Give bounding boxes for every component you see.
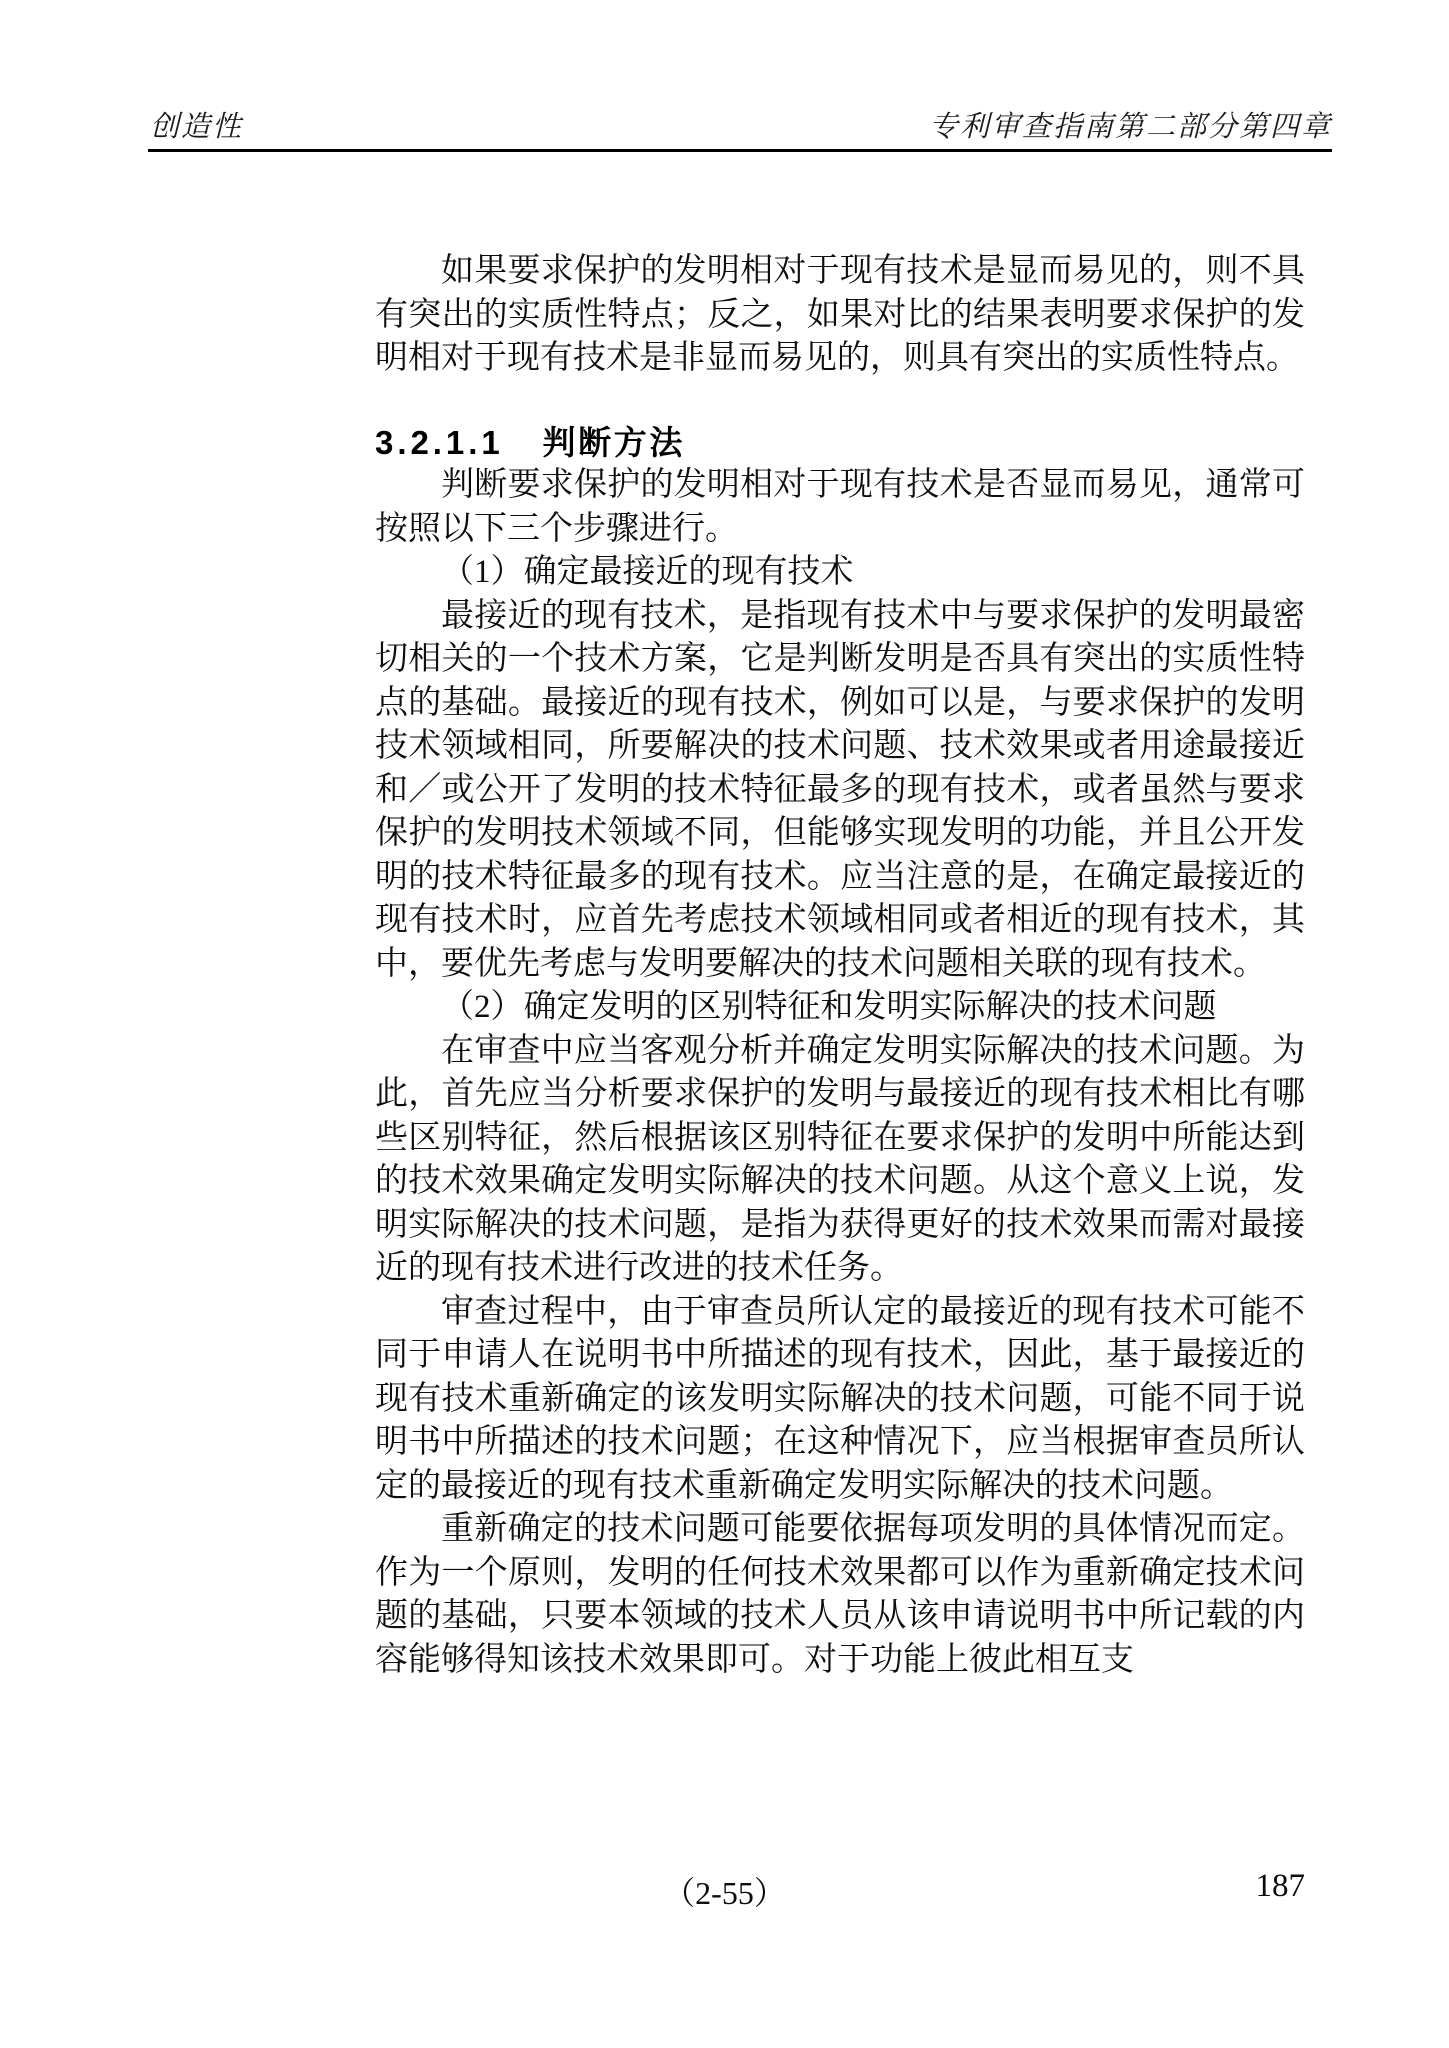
section-heading: 3.2.1.1 判断方法 [375, 421, 1305, 465]
page-body: 如果要求保护的发明相对于现有技术是显而易见的，则不具有突出的实质性特点；反之，如… [375, 250, 1305, 1682]
running-head-section: 创造性 [150, 104, 243, 145]
paragraph-intro: 如果要求保护的发明相对于现有技术是显而易见的，则不具有突出的实质性特点；反之，如… [375, 250, 1305, 381]
page-number: 187 [375, 1868, 1305, 1905]
paragraph-step1-label: （1）确定最接近的现有技术 [375, 551, 1305, 595]
page-header: 创造性 专利审查指南第二部分第四章 [150, 104, 1332, 145]
header-rule [148, 149, 1332, 152]
document-page: 创造性 专利审查指南第二部分第四章 如果要求保护的发明相对于现有技术是显而易见的… [0, 0, 1449, 2048]
paragraph-steps-intro: 判断要求保护的发明相对于现有技术是否显而易见，通常可按照以下三个步骤进行。 [375, 464, 1305, 551]
paragraph-examination-process: 审查过程中，由于审查员所认定的最接近的现有技术可能不同于申请人在说明书中所描述的… [375, 1291, 1305, 1509]
paragraph-step2-label: （2）确定发明的区别特征和发明实际解决的技术问题 [375, 986, 1305, 1030]
section-number: 3.2.1.1 [375, 424, 504, 461]
running-head-chapter: 专利审查指南第二部分第四章 [929, 104, 1332, 145]
section-title: 判断方法 [543, 424, 686, 461]
paragraph-step1-body: 最接近的现有技术，是指现有技术中与要求保护的发明最密切相关的一个技术方案，它是判… [375, 595, 1305, 987]
paragraph-step2-body: 在审查中应当客观分析并确定发明实际解决的技术问题。为此，首先应当分析要求保护的发… [375, 1030, 1305, 1291]
paragraph-redetermined-problem: 重新确定的技术问题可能要依据每项发明的具体情况而定。作为一个原则，发明的任何技术… [375, 1508, 1305, 1682]
